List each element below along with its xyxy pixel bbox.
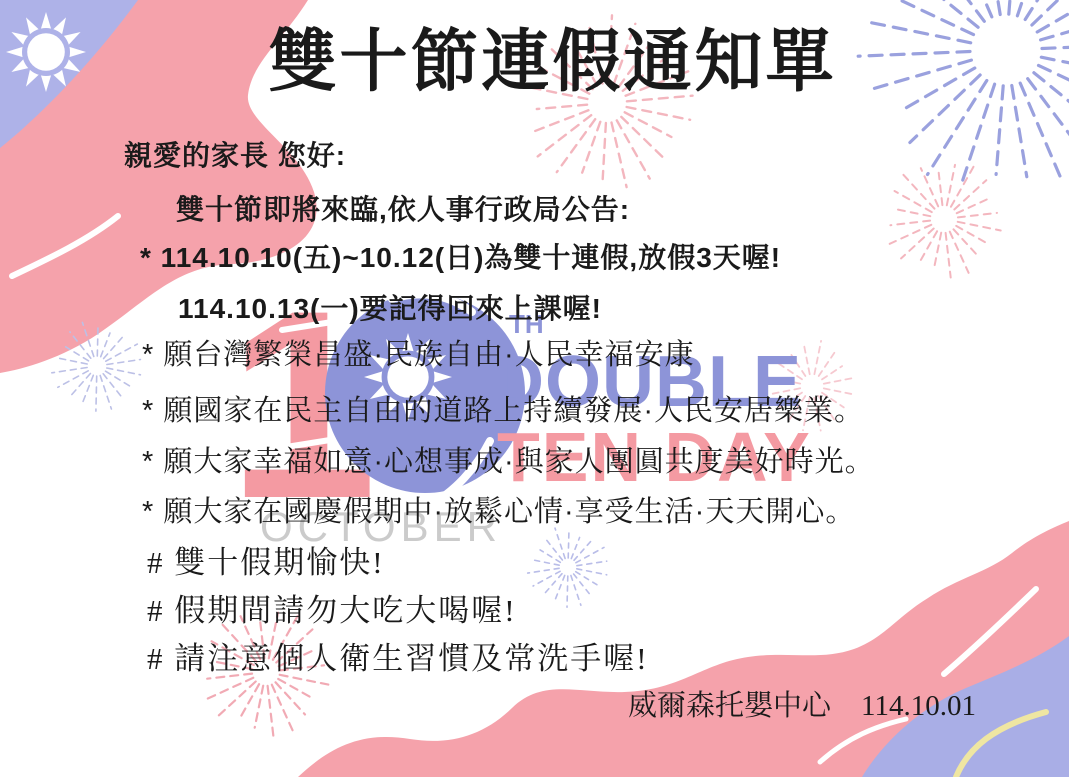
holiday-notice-page: 1 TH DOUBLE TEN DAY OCTOBER 雙十節連假通知單 親愛的… <box>0 0 1069 777</box>
greeting-line: 親愛的家長 您好: <box>124 138 346 173</box>
signature-org: 威爾森托嬰中心 <box>628 688 831 724</box>
note-line: # 雙十假期愉快! <box>147 544 385 583</box>
signature: 威爾森托嬰中心 114.10.01 <box>628 688 976 724</box>
firework-icon <box>890 165 1001 278</box>
wish-line: * 願國家在民主自由的道路上持續發展·人民安居樂業。 <box>142 393 864 429</box>
note-line: # 假期間請勿大吃大喝喔! <box>147 592 517 631</box>
holiday-date-line-1: * 114.10.10(五)~10.12(日)為雙十連假,放假3天喔! <box>140 240 781 275</box>
holiday-date-line-2: 114.10.13(一)要記得回來上課喔! <box>178 291 602 326</box>
wish-line: * 願大家幸福如意·心想事成·與家人團圓共度美好時光。 <box>142 444 875 480</box>
page-title: 雙十節連假通知單 <box>0 20 1069 105</box>
signature-date: 114.10.01 <box>861 688 976 724</box>
note-line: # 請注意個人衛生習慣及常洗手喔! <box>147 640 649 679</box>
firework-icon <box>528 528 607 607</box>
wish-line: * 願台灣繁榮昌盛·民族自由·人民幸福安康 <box>142 337 695 373</box>
intro-line: 雙十節即將來臨,依人事行政局公告: <box>176 192 630 227</box>
wish-line: * 願大家在國慶假期中·放鬆心情·享受生活·天天開心。 <box>142 494 855 530</box>
